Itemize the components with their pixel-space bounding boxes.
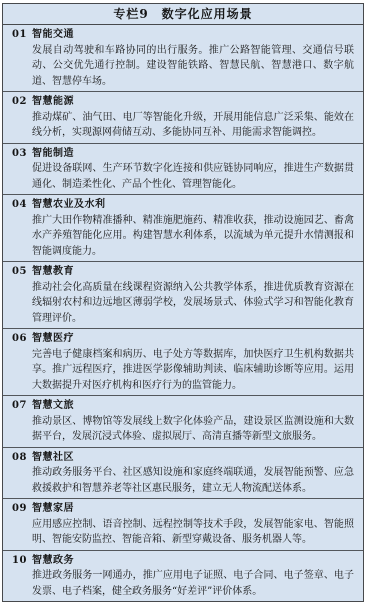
row-description: 推动煤矿、油气田、电厂等智能化升级，开展用能信息广泛采集、能效在线分析，实现源网… — [32, 110, 354, 141]
row-description: 发展自动驾驶和车路协同的出行服务。推广公路智能管理、交通信号联动、公交优先通行控… — [32, 43, 354, 90]
row-description: 推动政务服务平台、社区感知设施和家庭终端联通，发展智能预警、应急救援救护和智慧养… — [32, 465, 354, 496]
row-number: 07 — [12, 398, 32, 414]
row-number: 01 — [12, 27, 32, 43]
row-description: 完善电子健康档案和病历、电子处方等数据库，加快医疗卫生机构数据共享。推广远程医疗… — [32, 347, 354, 394]
row-number: 06 — [12, 331, 32, 347]
row-heading: 智慧社区 — [32, 450, 354, 466]
row-heading: 智慧政务 — [32, 553, 354, 569]
table-row: 08 智慧社区 推动政务服务平台、社区感知设施和家庭终端联通，发展智能预警、应急… — [3, 448, 363, 500]
row-content: 智慧农业及水利 推广大田作物精准播种、精准施肥施药、精准收获，推动设施园艺、畜禽… — [32, 197, 354, 259]
table-row: 10 智慧政务 推进政务服务一网通办，推广应用电子证照、电子合同、电子签章、电子… — [3, 551, 363, 602]
table-row: 09 智慧家居 应用感应控制、语音控制、远程控制等技术手段，发展智能家电、智能照… — [3, 499, 363, 551]
table-row: 02 智慧能源 推动煤矿、油气田、电厂等智能化升级，开展用能信息广泛采集、能效在… — [3, 92, 363, 144]
table-row: 03 智能制造 促进设备联网、生产环节数字化连接和供应链协同响应，推进生产数据贯… — [3, 144, 363, 196]
row-content: 智慧文旅 推动景区、博物馆等发展线上数字化体验产品，建设景区监测设施和大数据平台… — [32, 398, 354, 445]
row-content: 智慧医疗 完善电子健康档案和病历、电子处方等数据库，加快医疗卫生机构数据共享。推… — [32, 331, 354, 393]
row-number: 10 — [12, 553, 32, 569]
row-heading: 智慧能源 — [32, 94, 354, 110]
row-description: 推动景区、博物馆等发展线上数字化体验产品，建设景区监测设施和大数据平台，发展沉浸… — [32, 414, 354, 445]
row-content: 智慧能源 推动煤矿、油气田、电厂等智能化升级，开展用能信息广泛采集、能效在线分析… — [32, 94, 354, 141]
row-content: 智慧社区 推动政务服务平台、社区感知设施和家庭终端联通，发展智能预警、应急救援救… — [32, 450, 354, 497]
row-heading: 智能交通 — [32, 27, 354, 43]
row-heading: 智慧教育 — [32, 264, 354, 280]
row-heading: 智慧农业及水利 — [32, 197, 354, 213]
row-heading: 智慧家居 — [32, 501, 354, 517]
row-number: 04 — [12, 197, 32, 213]
row-content: 智能交通 发展自动驾驶和车路协同的出行服务。推广公路智能管理、交通信号联动、公交… — [32, 27, 354, 89]
row-description: 促进设备联网、生产环节数字化连接和供应链协同响应，推进生产数据贯通化、制造柔性化… — [32, 161, 354, 192]
row-content: 智能制造 促进设备联网、生产环节数字化连接和供应链协同响应，推进生产数据贯通化、… — [32, 146, 354, 193]
row-description: 推进政务服务一网通办，推广应用电子证照、电子合同、电子签章、电子发票、电子档案，… — [32, 568, 354, 599]
row-number: 05 — [12, 264, 32, 280]
scenario-table: 专栏9 数字化应用场景 01 智能交通 发展自动驾驶和车路协同的出行服务。推广公… — [2, 3, 364, 602]
row-content: 智慧家居 应用感应控制、语音控制、远程控制等技术手段，发展智能家电、智能照明、智… — [32, 501, 354, 548]
table-row: 05 智慧教育 推动社会化高质量在线课程资源纳入公共教学体系，推进优质教育资源在… — [3, 262, 363, 329]
document-page: 专栏9 数字化应用场景 01 智能交通 发展自动驾驶和车路协同的出行服务。推广公… — [0, 0, 367, 605]
row-description: 推广大田作物精准播种、精准施肥施药、精准收获，推动设施园艺、畜禽水产养殖智能化应… — [32, 213, 354, 260]
row-heading: 智慧文旅 — [32, 398, 354, 414]
row-description: 推动社会化高质量在线课程资源纳入公共教学体系，推进优质教育资源在线辐射农村和边远… — [32, 280, 354, 327]
row-number: 08 — [12, 450, 32, 466]
row-heading: 智慧医疗 — [32, 331, 354, 347]
row-heading: 智能制造 — [32, 146, 354, 162]
row-content: 智慧政务 推进政务服务一网通办，推广应用电子证照、电子合同、电子签章、电子发票、… — [32, 553, 354, 600]
row-number: 03 — [12, 146, 32, 162]
table-title: 专栏9 数字化应用场景 — [3, 4, 363, 25]
row-content: 智慧教育 推动社会化高质量在线课程资源纳入公共教学体系，推进优质教育资源在线辐射… — [32, 264, 354, 326]
table-row: 04 智慧农业及水利 推广大田作物精准播种、精准施肥施药、精准收获，推动设施园艺… — [3, 195, 363, 262]
row-number: 09 — [12, 501, 32, 517]
scenario-rows: 01 智能交通 发展自动驾驶和车路协同的出行服务。推广公路智能管理、交通信号联动… — [3, 25, 363, 601]
table-row: 01 智能交通 发展自动驾驶和车路协同的出行服务。推广公路智能管理、交通信号联动… — [3, 25, 363, 92]
table-row: 07 智慧文旅 推动景区、博物馆等发展线上数字化体验产品，建设景区监测设施和大数… — [3, 396, 363, 448]
row-description: 应用感应控制、语音控制、远程控制等技术手段，发展智能家电、智能照明、智能安防监控… — [32, 517, 354, 548]
table-row: 06 智慧医疗 完善电子健康档案和病历、电子处方等数据库，加快医疗卫生机构数据共… — [3, 329, 363, 396]
row-number: 02 — [12, 94, 32, 110]
